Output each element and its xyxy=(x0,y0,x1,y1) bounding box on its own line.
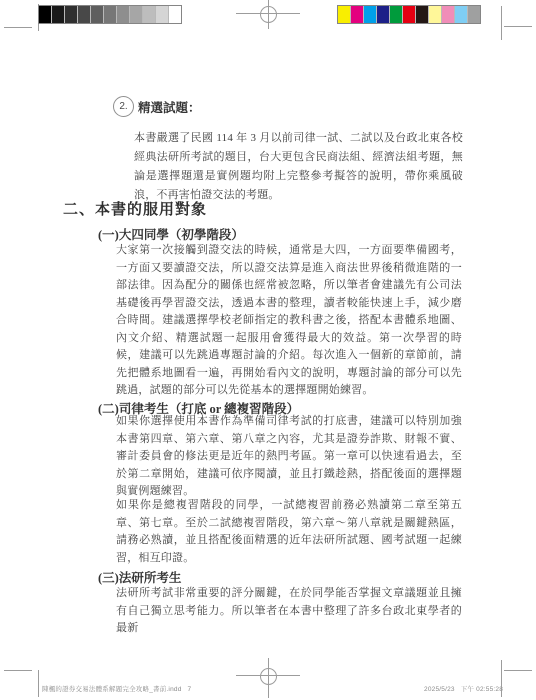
crop-mark-line xyxy=(504,670,532,671)
subsection-title: (一)大四同學（初學階段） xyxy=(98,225,244,243)
calibration-swatch xyxy=(377,6,390,23)
calibration-swatch xyxy=(130,6,143,23)
calibration-swatch xyxy=(351,6,364,23)
footer-filename: 陳楓的證券交易法體系解題完全攻略_書前.indd 7 xyxy=(42,684,191,693)
subsection-title: (三)法研所考生 xyxy=(98,568,181,586)
calibration-swatch xyxy=(104,6,117,23)
grayscale-calibration-bar xyxy=(38,5,182,24)
list-item-body: 本書嚴選了民國 114 年 3 月以前司律一試、二試以及台政北東各校經典法研所考… xyxy=(134,129,463,205)
calibration-swatch xyxy=(52,6,65,23)
crop-mark-line xyxy=(4,27,32,28)
subsection-paragraph: 大家第一次接觸到證交法的時候，通常是大四，一方面要準備國考，一方面又要讀證交法，… xyxy=(116,242,462,400)
calibration-swatch xyxy=(169,6,181,23)
calibration-swatch xyxy=(455,6,468,23)
registration-circle xyxy=(260,668,277,685)
subsection-paragraph: 法研所考試非常重要的評分關鍵，在於同學能否掌握文章議題並且擁有自己獨立思考能力。… xyxy=(116,585,462,638)
calibration-swatch xyxy=(416,6,429,23)
crop-mark-line xyxy=(501,6,502,40)
calibration-swatch xyxy=(91,6,104,23)
crop-mark-line xyxy=(38,670,39,697)
crop-mark-line xyxy=(504,26,532,27)
registration-circle xyxy=(260,6,277,23)
calibration-swatch xyxy=(390,6,403,23)
subsection-paragraph: 如果你是總複習階段的同學，一試總複習前務必熟讀第二章至第五章、第七章。至於二試總… xyxy=(116,497,462,567)
calibration-swatch xyxy=(143,6,156,23)
subsection-paragraph: 如果你選擇使用本書作為準備司律考試的打底書，建議可以特別加強本書第四章、第六章、… xyxy=(116,413,462,501)
calibration-swatch xyxy=(468,6,480,23)
calibration-swatch xyxy=(65,6,78,23)
calibration-swatch xyxy=(338,6,351,23)
calibration-swatch xyxy=(39,6,52,23)
calibration-swatch xyxy=(403,6,416,23)
calibration-swatch xyxy=(156,6,169,23)
scanned-book-page: { "document": { "item": { "number": "2."… xyxy=(0,0,536,700)
footer-timestamp: 2025/5/23 下午 02:55:28 xyxy=(424,684,503,693)
calibration-swatch xyxy=(364,6,377,23)
calibration-swatch xyxy=(117,6,130,23)
calibration-swatch xyxy=(78,6,91,23)
crop-mark-line xyxy=(501,660,502,697)
color-calibration-bar xyxy=(337,5,481,24)
crop-mark-line xyxy=(4,670,32,671)
section-heading: 二、本書的服用對象 xyxy=(63,198,207,219)
calibration-swatch xyxy=(442,6,455,23)
calibration-swatch xyxy=(429,6,442,23)
list-item-title: 精選試題： xyxy=(138,98,201,116)
list-item-number-badge: 2. xyxy=(113,96,134,117)
